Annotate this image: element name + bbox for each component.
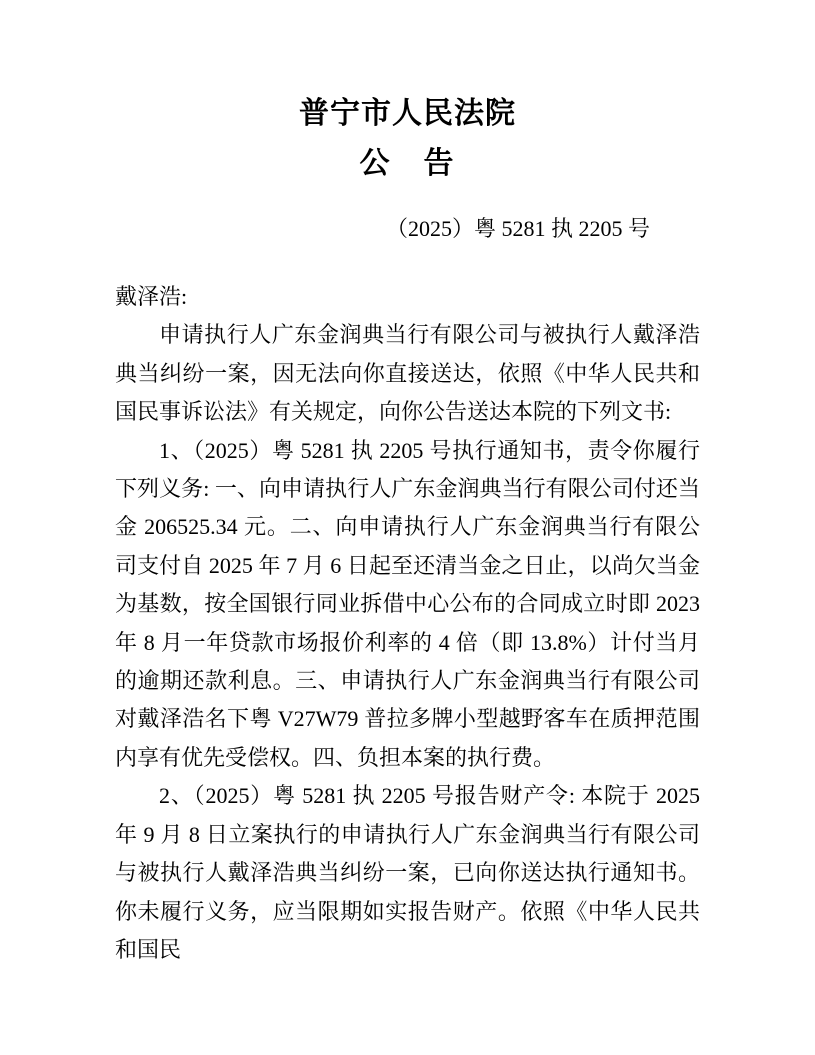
announcement-body: 戴泽浩: 申请执行人广东金润典当行有限公司与被执行人戴泽浩典当纠纷一案，因无法向… (115, 278, 700, 969)
paragraph-execution-notice: 1、（2025）粤 5281 执 2205 号执行通知书，责令你履行下列义务: … (115, 432, 700, 778)
paragraph-case-intro: 申请执行人广东金润典当行有限公司与被执行人戴泽浩典当纠纷一案，因无法向你直接送达… (115, 316, 700, 431)
addressee-salutation: 戴泽浩: (115, 278, 700, 316)
case-number: （2025）粤 5281 执 2205 号 (115, 210, 700, 248)
court-name-heading: 普宁市人民法院 (115, 95, 700, 133)
announcement-title: 公 告 (115, 145, 700, 183)
court-announcement-page: 普宁市人民法院 公 告 （2025）粤 5281 执 2205 号 戴泽浩: 申… (0, 0, 815, 1055)
paragraph-property-report-order: 2、（2025）粤 5281 执 2205 号报告财产令: 本院于 2025 年… (115, 777, 700, 969)
